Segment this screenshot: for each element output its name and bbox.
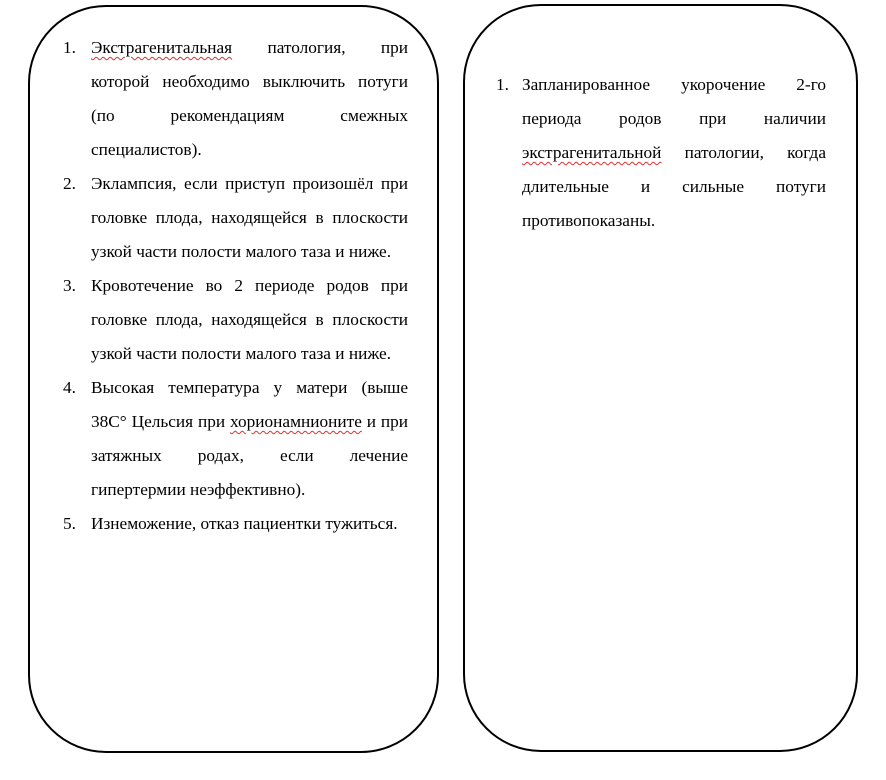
indications-list-left: 1. Экстрагенитальная патология, при кото… xyxy=(63,31,408,541)
list-number: 1. xyxy=(496,68,509,102)
list-item: 3. Кровотечение во 2 периоде родов при г… xyxy=(63,269,408,371)
indications-box-right: 1. Запланированное укорочение 2-го перио… xyxy=(463,4,858,752)
indications-list-right: 1. Запланированное укорочение 2-го перио… xyxy=(496,68,826,238)
list-item: 4. Высокая температура у матери (выше 38… xyxy=(63,371,408,507)
list-item: 1. Запланированное укорочение 2-го перио… xyxy=(496,68,826,238)
list-item-text: Изнеможение, отказ пациентки тужиться. xyxy=(91,514,398,533)
list-number: 4. xyxy=(63,371,76,405)
spellcheck-flagged-word[interactable]: хорионамнионите xyxy=(230,412,362,431)
spellcheck-flagged-word[interactable]: экстрагенитальной xyxy=(522,143,661,162)
list-item-text: Эклампсия, если приступ произошёл при го… xyxy=(91,174,408,261)
list-item: 5. Изнеможение, отказ пациентки тужиться… xyxy=(63,507,408,541)
spellcheck-flagged-word[interactable]: Экстрагенитальная xyxy=(91,38,232,57)
list-item-text: Кровотечение во 2 периоде родов при голо… xyxy=(91,276,408,363)
list-item-text: Запланированное укорочение 2-го периода … xyxy=(522,75,826,128)
list-number: 5. xyxy=(63,507,76,541)
list-item: 2. Эклампсия, если приступ произошёл при… xyxy=(63,167,408,269)
indications-box-left: 1. Экстрагенитальная патология, при кото… xyxy=(28,5,439,753)
list-number: 2. xyxy=(63,167,76,201)
list-item: 1. Экстрагенитальная патология, при кото… xyxy=(63,31,408,167)
list-number: 1. xyxy=(63,31,76,65)
list-number: 3. xyxy=(63,269,76,303)
